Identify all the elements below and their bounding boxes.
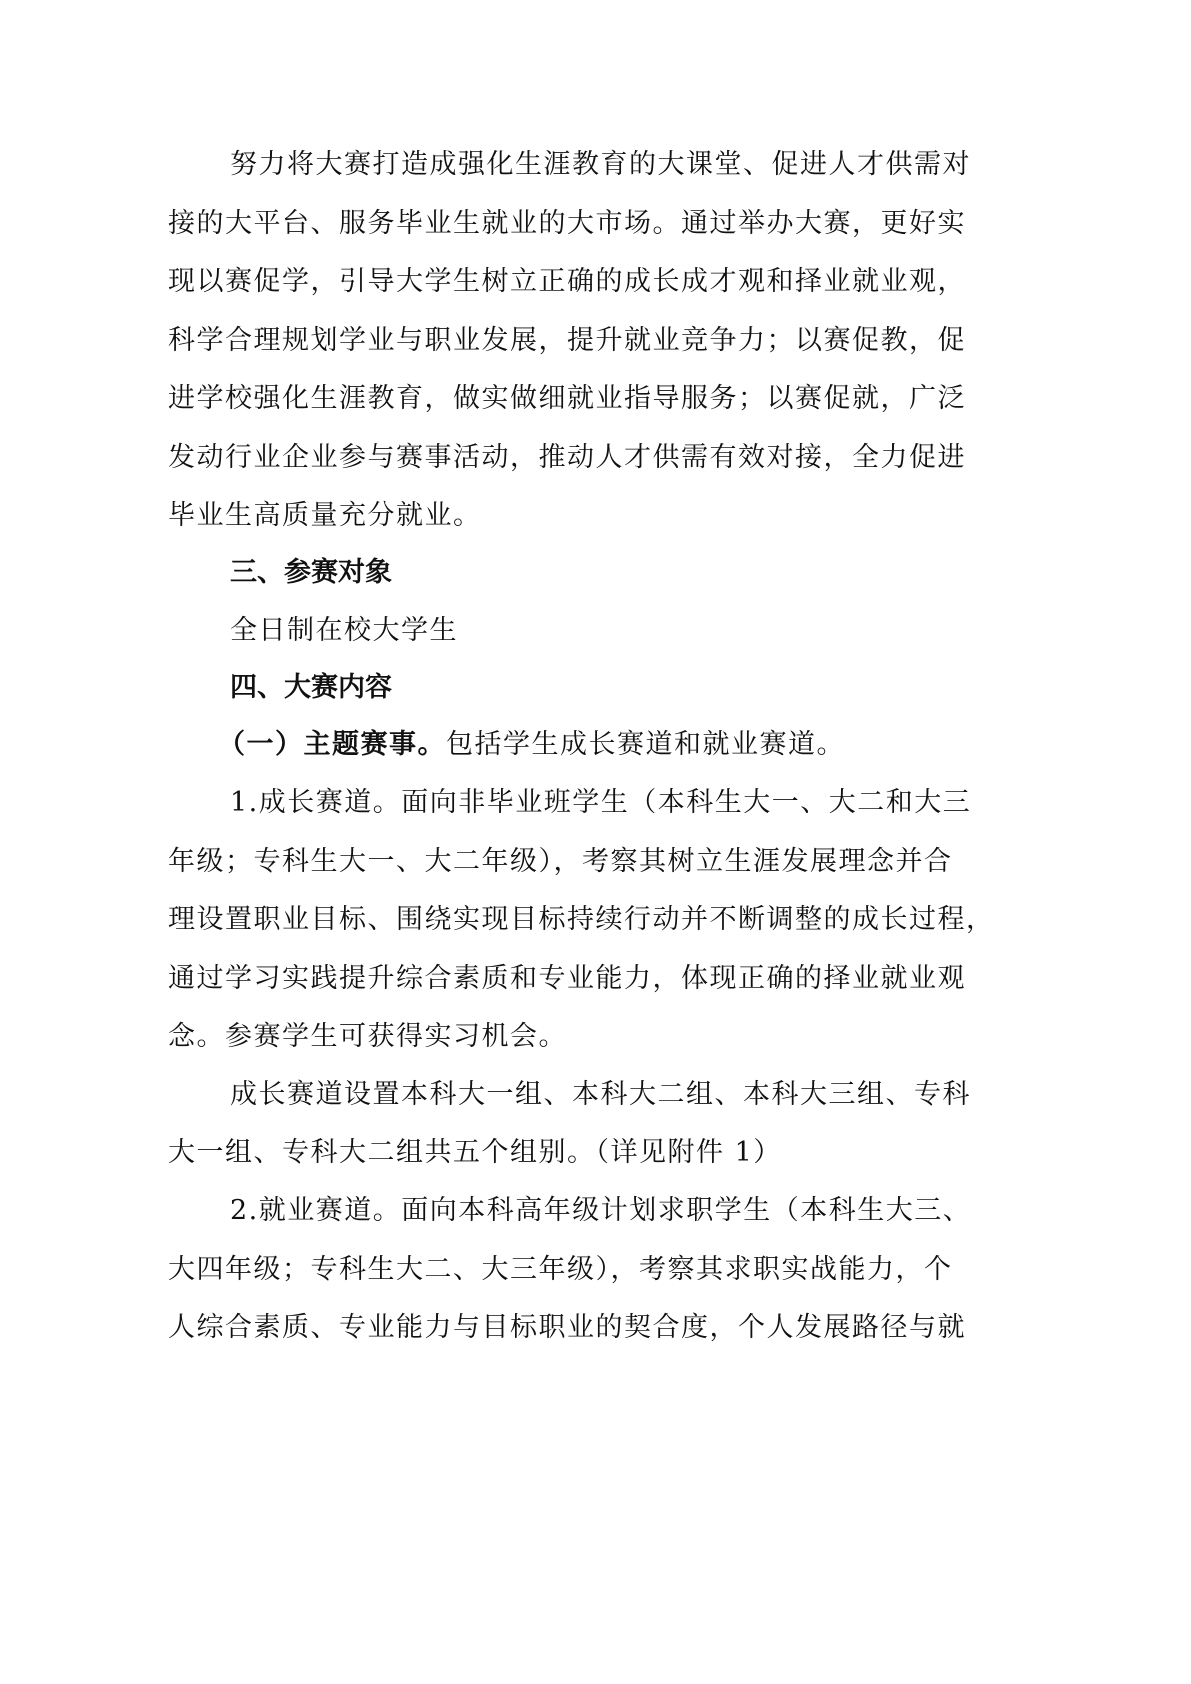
subsection-body: 包括学生成长赛道和就业赛道。 [446,729,845,760]
growth-track-line: 年级；专科生大一、大二年级），考察其树立生涯发展理念并合 [168,842,948,882]
paragraph-line: 努力将大赛打造成强化生涯教育的大课堂、促进人才供需对 [230,145,948,185]
paragraph-line: 接的大平台、服务毕业生就业的大市场。通过举办大赛，更好实 [168,204,948,244]
section-body-participants: 全日制在校大学生 [230,611,948,651]
section-heading-participants: 三、参赛对象 [230,553,948,593]
section-heading-content: 四、大赛内容 [230,668,948,708]
employment-track-line: 2.就业赛道。面向本科高年级计划求职学生（本科生大三、 [230,1191,948,1231]
employment-track-line: 人综合素质、专业能力与目标职业的契合度，个人发展路径与就 [168,1308,948,1348]
employment-track-line: 大四年级；专科生大二、大三年级），考察其求职实战能力，个 [168,1250,948,1290]
growth-track-line: 1.成长赛道。面向非毕业班学生（本科生大一、大二和大三 [230,783,948,823]
paragraph-line: 科学合理规划学业与职业发展，提升就业竞争力；以赛促教，促 [168,321,948,361]
growth-groups-line: 大一组、专科大二组共五个组别。（详见附件 1） [168,1133,948,1173]
paragraph-line: 发动行业企业参与赛事活动，推动人才供需有效对接，全力促进 [168,438,948,478]
growth-track-line: 理设置职业目标、围绕实现目标持续行动并不断调整的成长过程， [168,900,948,940]
document-page: 努力将大赛打造成强化生涯教育的大课堂、促进人才供需对 接的大平台、服务毕业生就业… [0,0,1191,1684]
paragraph-line: 现以赛促学，引导大学生树立正确的成长成才观和择业就业观， [168,262,948,302]
paragraph-line: 毕业生高质量充分就业。 [168,496,948,536]
growth-track-line: 通过学习实践提升综合素质和专业能力，体现正确的择业就业观 [168,959,948,999]
subsection-label: （一）主题赛事。 [218,729,446,760]
paragraph-line: 进学校强化生涯教育，做实做细就业指导服务；以赛促就，广泛 [168,379,948,419]
growth-groups-line: 成长赛道设置本科大一组、本科大二组、本科大三组、专科 [230,1075,948,1115]
growth-track-line: 念。参赛学生可获得实习机会。 [168,1017,948,1057]
subsection-theme-events: （一）主题赛事。包括学生成长赛道和就业赛道。 [218,725,958,765]
